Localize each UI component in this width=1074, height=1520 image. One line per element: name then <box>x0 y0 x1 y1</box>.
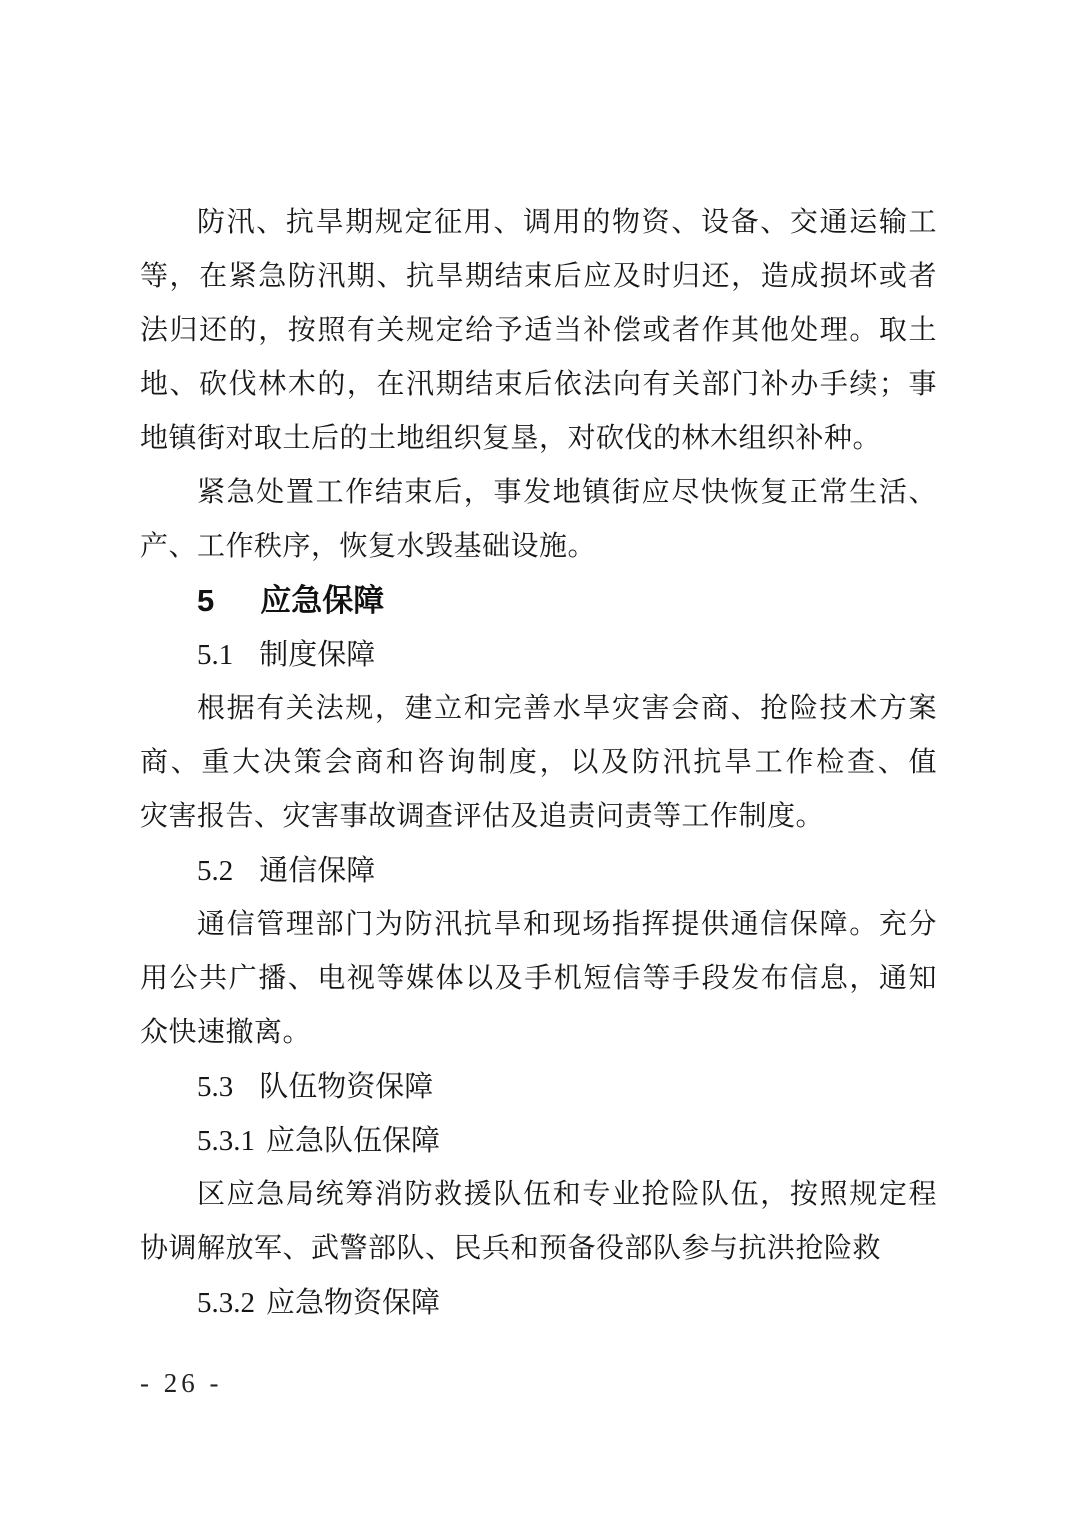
section-heading-5: 5应急保障 <box>140 574 937 628</box>
text-line: 通信管理部门为防汛抗旱和现场指挥提供通信保障。充分利 <box>140 898 937 952</box>
text-line: 商、重大决策会商和咨询制度，以及防汛抗旱工作检查、值班、 <box>140 736 937 790</box>
text-line: 灾害报告、灾害事故调查评估及追责问责等工作制度。 <box>140 790 937 844</box>
text-line: 等，在紧急防汛期、抗旱期结束后应及时归还，造成损坏或者无 <box>140 250 937 304</box>
paragraph: 紧急处置工作结束后，事发地镇街应尽快恢复正常生活、生产、工作秩序，恢复水毁基础设… <box>140 466 937 574</box>
section-heading-5.3.2: 5.3.2应急物资保障 <box>140 1276 937 1330</box>
paragraph: 通信管理部门为防汛抗旱和现场指挥提供通信保障。充分利用公共广播、电视等媒体以及手… <box>140 898 937 1060</box>
document-content: 防汛、抗旱期规定征用、调用的物资、设备、交通运输工具等，在紧急防汛期、抗旱期结束… <box>140 196 937 1330</box>
section-title: 应急保障 <box>260 583 384 618</box>
section-heading-5.3.1: 5.3.1应急队伍保障 <box>140 1114 937 1168</box>
text-line: 根据有关法规，建立和完善水旱灾害会商、抢险技术方案会 <box>140 682 937 736</box>
section-heading-5.3: 5.3队伍物资保障 <box>140 1060 937 1114</box>
text-line: 紧急处置工作结束后，事发地镇街应尽快恢复正常生活、生 <box>140 466 937 520</box>
section-number: 5.3.1 <box>197 1125 255 1157</box>
text-line: 区应急局统筹消防救援队伍和专业抢险队伍，按照规定程序 <box>140 1168 937 1222</box>
section-number: 5 <box>197 583 214 618</box>
text-line: 地镇街对取土后的土地组织复垦，对砍伐的林木组织补种。 <box>140 412 937 466</box>
text-line: 协调解放军、武警部队、民兵和预备役部队参与抗洪抢险救灾。 <box>140 1222 937 1276</box>
text-line: 产、工作秩序，恢复水毁基础设施。 <box>140 520 937 574</box>
paragraph: 根据有关法规，建立和完善水旱灾害会商、抢险技术方案会商、重大决策会商和咨询制度，… <box>140 682 937 844</box>
section-title: 通信保障 <box>259 855 375 887</box>
section-title: 应急队伍保障 <box>266 1125 440 1157</box>
paragraph: 防汛、抗旱期规定征用、调用的物资、设备、交通运输工具等，在紧急防汛期、抗旱期结束… <box>140 196 937 466</box>
text-line: 防汛、抗旱期规定征用、调用的物资、设备、交通运输工具 <box>140 196 937 250</box>
section-title: 队伍物资保障 <box>259 1071 433 1103</box>
page-footer: - 26 - <box>140 1368 222 1399</box>
paragraph: 区应急局统筹消防救援队伍和专业抢险队伍，按照规定程序协调解放军、武警部队、民兵和… <box>140 1168 937 1276</box>
section-number: 5.3 <box>197 1071 233 1103</box>
page-number: - 26 - <box>140 1368 222 1398</box>
text-line: 众快速撤离。 <box>140 1006 937 1060</box>
section-heading-5.2: 5.2通信保障 <box>140 844 937 898</box>
section-number: 5.2 <box>197 855 233 887</box>
text-line: 用公共广播、电视等媒体以及手机短信等手段发布信息，通知群 <box>140 952 937 1006</box>
section-heading-5.1: 5.1制度保障 <box>140 628 937 682</box>
text-line: 地、砍伐林木的，在汛期结束后依法向有关部门补办手续；事发 <box>140 358 937 412</box>
text-line: 法归还的，按照有关规定给予适当补偿或者作其他处理。取土占 <box>140 304 937 358</box>
section-number: 5.1 <box>197 639 233 671</box>
section-number: 5.3.2 <box>197 1287 255 1319</box>
document-page: 防汛、抗旱期规定征用、调用的物资、设备、交通运输工具等，在紧急防汛期、抗旱期结束… <box>0 0 1074 1520</box>
section-title: 制度保障 <box>259 639 375 671</box>
section-title: 应急物资保障 <box>266 1287 440 1319</box>
